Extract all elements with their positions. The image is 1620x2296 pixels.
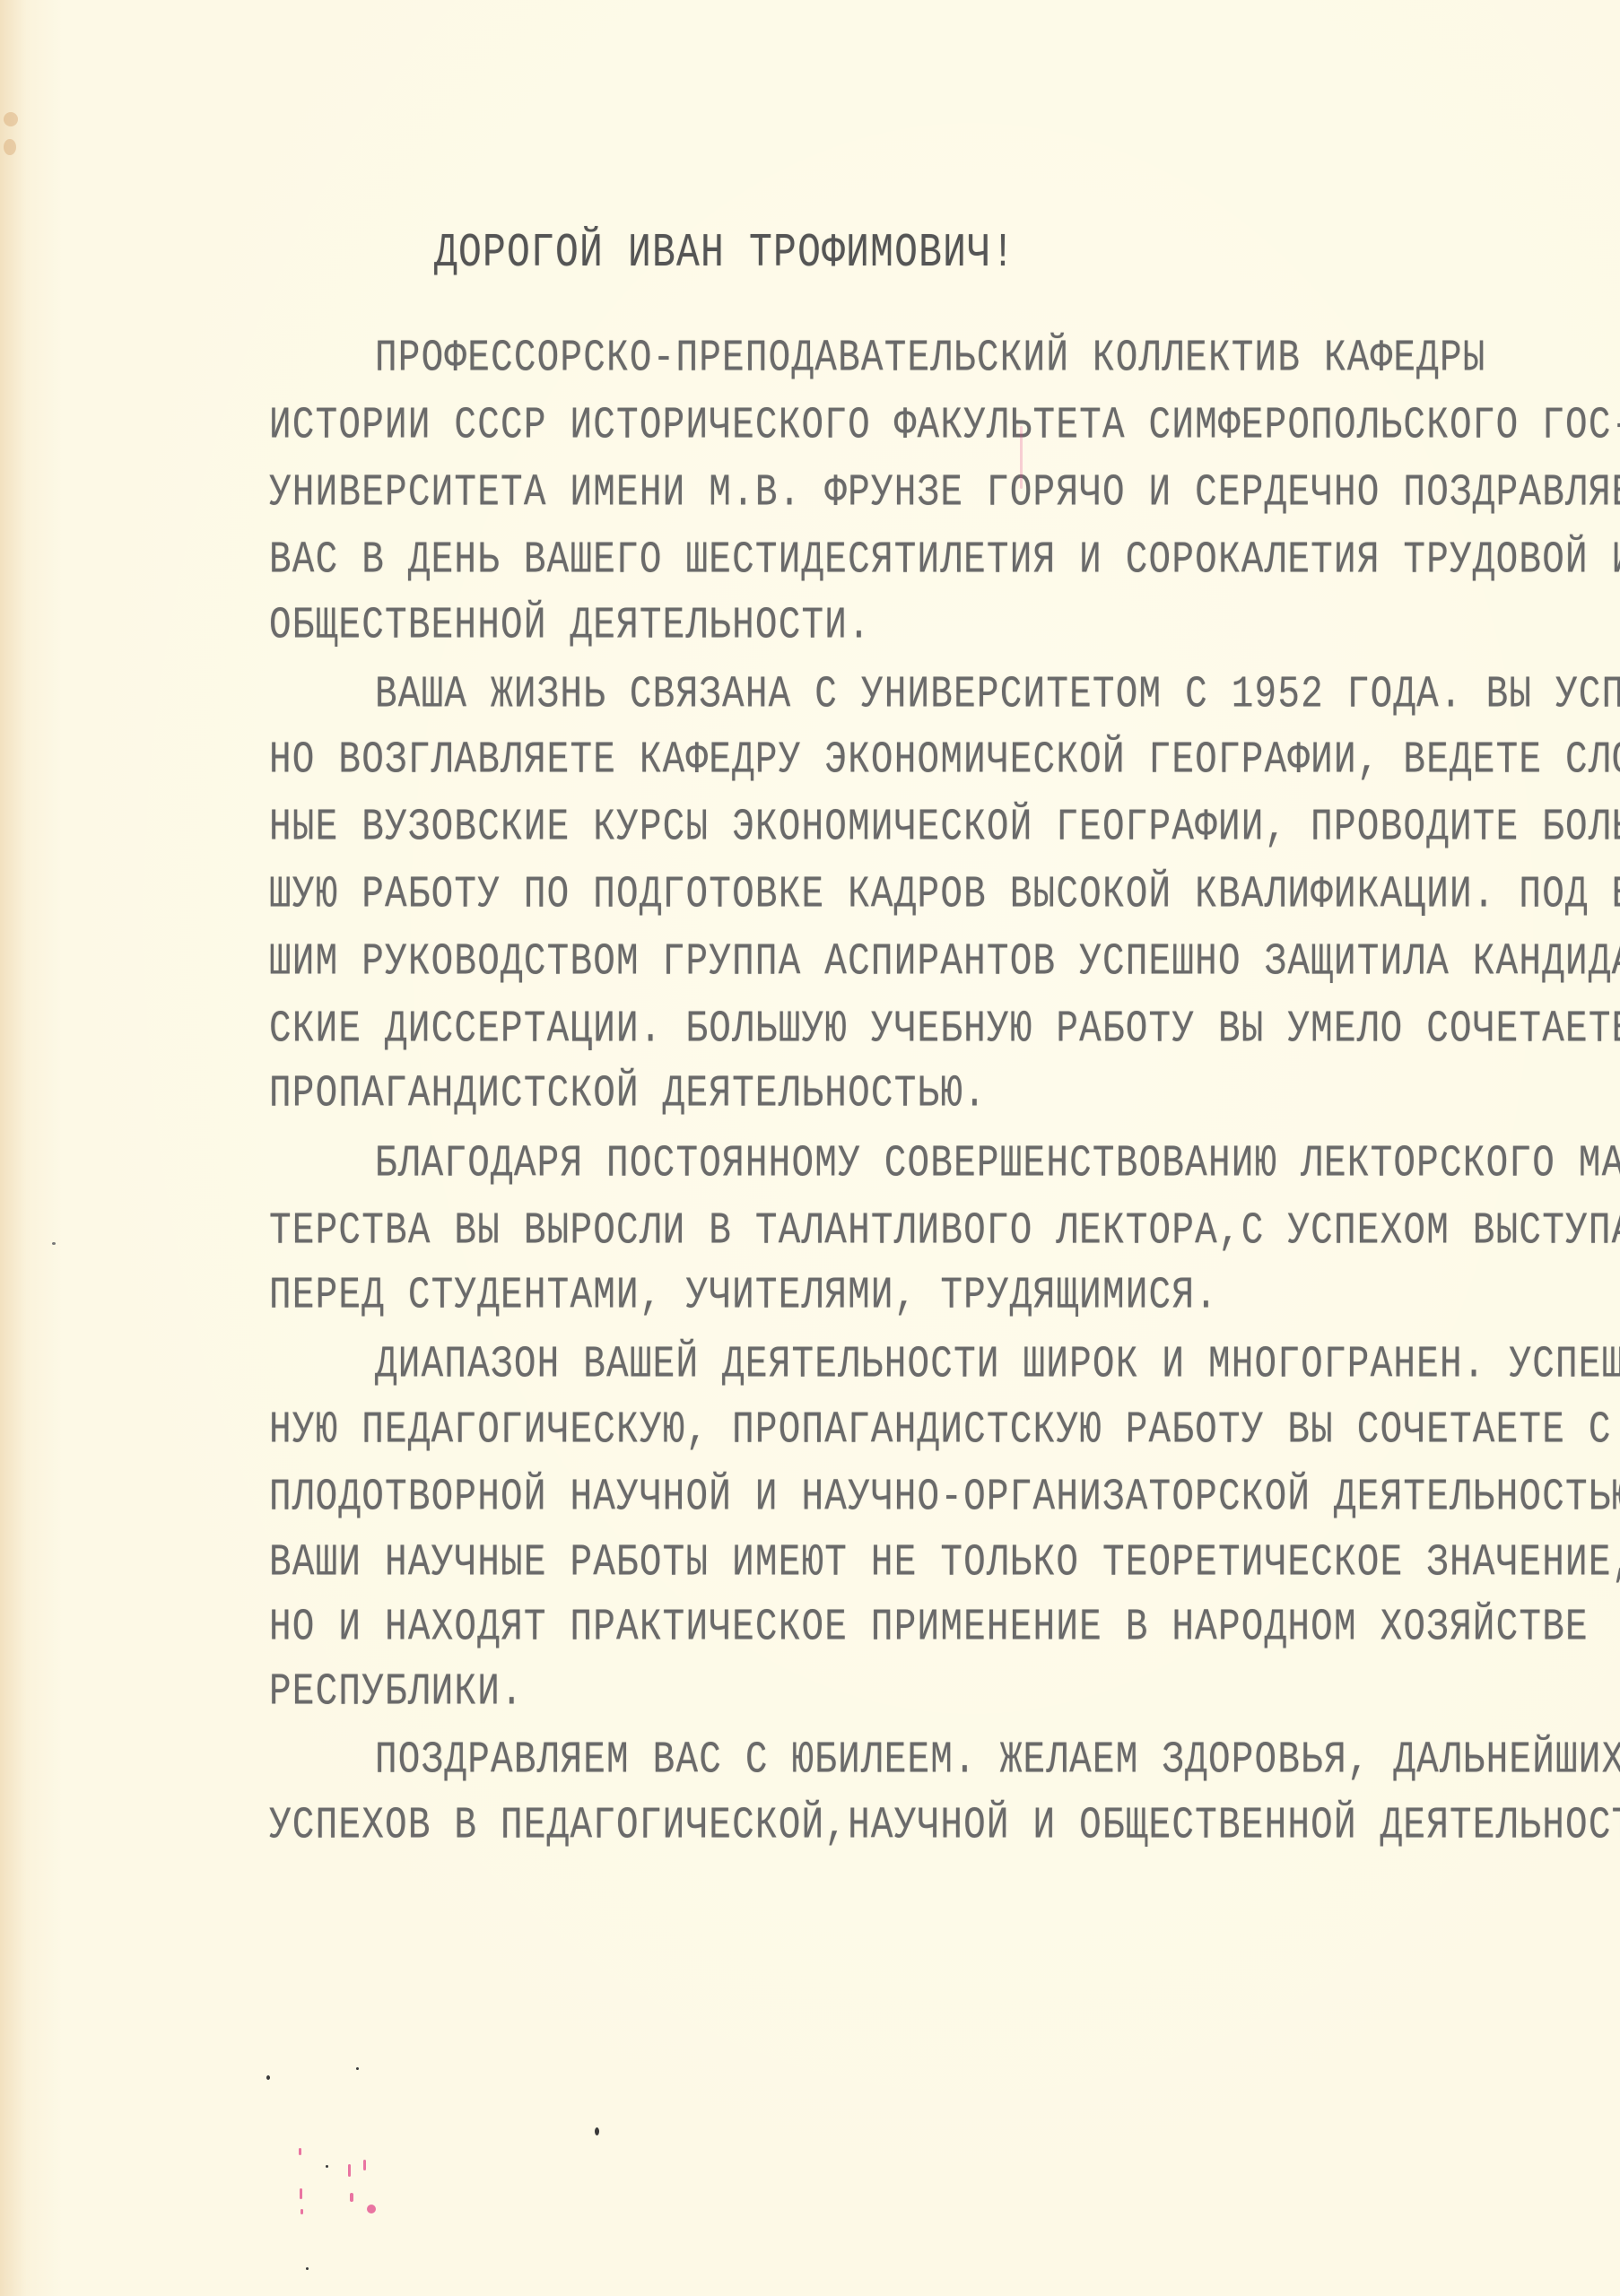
ink-speck <box>52 1242 56 1245</box>
paragraph-4-line-1: ДИАПАЗОН ВАШЕЙ ДЕЯТЕЛЬНОСТИ ШИРОК И МНОГ… <box>375 1338 1620 1393</box>
paragraph-3-line-2: ТЕРСТВА ВЫ ВЫРОСЛИ В ТАЛАНТЛИВОГО ЛЕКТОР… <box>269 1205 1620 1259</box>
paragraph-2-line-6: СКИЕ ДИССЕРТАЦИИ. БОЛЬШУЮ УЧЕБНУЮ РАБОТУ… <box>269 1003 1620 1057</box>
stamp-ink-mark <box>348 2164 351 2177</box>
paragraph-4-line-6: РЕСПУБЛИКИ. <box>269 1665 524 1720</box>
stamp-ink-mark <box>350 2193 353 2202</box>
stamp-ink-mark <box>299 2148 301 2155</box>
paragraph-2-line-4: ШУЮ РАБОТУ ПО ПОДГОТОВКЕ КАДРОВ ВЫСОКОЙ … <box>269 868 1620 923</box>
paper-stain <box>4 112 18 126</box>
paragraph-3-line-1: БЛАГОДАРЯ ПОСТОЯННОМУ СОВЕРШЕНСТВОВАНИЮ … <box>375 1137 1620 1192</box>
letter-greeting: ДОРОГОЙ ИВАН ТРОФИМОВИЧ! <box>434 226 1015 281</box>
ink-speck <box>266 2075 270 2080</box>
paragraph-2-line-2: НО ВОЗГЛАВЛЯЕТЕ КАФЕДРУ ЭКОНОМИЧЕСКОЙ ГЕ… <box>269 734 1620 788</box>
paragraph-4-line-2: НУЮ ПЕДАГОГИЧЕСКУЮ, ПРОПАГАНДИСТСКУЮ РАБ… <box>269 1404 1612 1458</box>
paragraph-1-line-3: УНИВЕРСИТЕТА ИМЕНИ М.В. ФРУНЗЕ ГОРЯЧО И … <box>269 466 1620 521</box>
paragraph-2-line-3: НЫЕ ВУЗОВСКИЕ КУРСЫ ЭКОНОМИЧЕСКОЙ ГЕОГРА… <box>269 801 1620 856</box>
stamp-ink-mark <box>300 2188 302 2199</box>
paragraph-4-line-3: ПЛОДОТВОРНОЙ НАУЧНОЙ И НАУЧНО-ОРГАНИЗАТО… <box>269 1471 1620 1526</box>
ink-speck <box>356 2067 359 2070</box>
ink-speck <box>326 2165 328 2168</box>
paragraph-2-line-7: ПРОПАГАНДИСТСКОЙ ДЕЯТЕЛЬНОСТЬЮ. <box>269 1067 987 1122</box>
paragraph-4-line-5: НО И НАХОДЯТ ПРАКТИЧЕСКОЕ ПРИМЕНЕНИЕ В Н… <box>269 1601 1589 1656</box>
paragraph-2-line-1: ВАША ЖИЗНЬ СВЯЗАНА С УНИВЕРСИТЕТОМ С 195… <box>375 668 1620 723</box>
paragraph-2-line-5: ШИМ РУКОВОДСТВОМ ГРУППА АСПИРАНТОВ УСПЕШ… <box>269 935 1620 990</box>
paragraph-1-line-4: ВАС В ДЕНЬ ВАШЕГО ШЕСТИДЕСЯТИЛЕТИЯ И СОР… <box>269 534 1620 588</box>
paragraph-5-line-1: ПОЗДРАВЛЯЕМ ВАС С ЮБИЛЕЕМ. ЖЕЛАЕМ ЗДОРОВ… <box>375 1734 1620 1788</box>
paragraph-1-line-5: ОБЩЕСТВЕННОЙ ДЕЯТЕЛЬНОСТИ. <box>269 599 871 654</box>
paragraph-4-line-4: ВАШИ НАУЧНЫЕ РАБОТЫ ИМЕЮТ НЕ ТОЛЬКО ТЕОР… <box>269 1536 1620 1591</box>
paragraph-3-line-3: ПЕРЕД СТУДЕНТАМИ, УЧИТЕЛЯМИ, ТРУДЯЩИМИСЯ… <box>269 1269 1218 1324</box>
paragraph-5-line-2: УСПЕХОВ В ПЕДАГОГИЧЕСКОЙ,НАУЧНОЙ И ОБЩЕС… <box>269 1799 1620 1854</box>
stamp-ink-mark <box>1020 426 1023 489</box>
paragraph-1-line-1: ПРОФЕССОРСКО-ПРЕПОДАВАТЕЛЬСКИЙ КОЛЛЕКТИВ… <box>375 332 1486 387</box>
paragraph-1-line-2: ИСТОРИИ СССР ИСТОРИЧЕСКОГО ФАКУЛЬТЕТА СИ… <box>269 399 1620 454</box>
typewritten-letter-page: ДОРОГОЙ ИВАН ТРОФИМОВИЧ! ПРОФЕССОРСКО-ПР… <box>0 0 1620 2296</box>
ink-speck <box>595 2127 599 2135</box>
ink-speck <box>306 2267 309 2270</box>
stamp-ink-mark <box>300 2209 303 2214</box>
stamp-ink-mark <box>367 2205 376 2213</box>
stamp-ink-mark <box>363 2160 366 2170</box>
paper-stain <box>4 139 16 155</box>
